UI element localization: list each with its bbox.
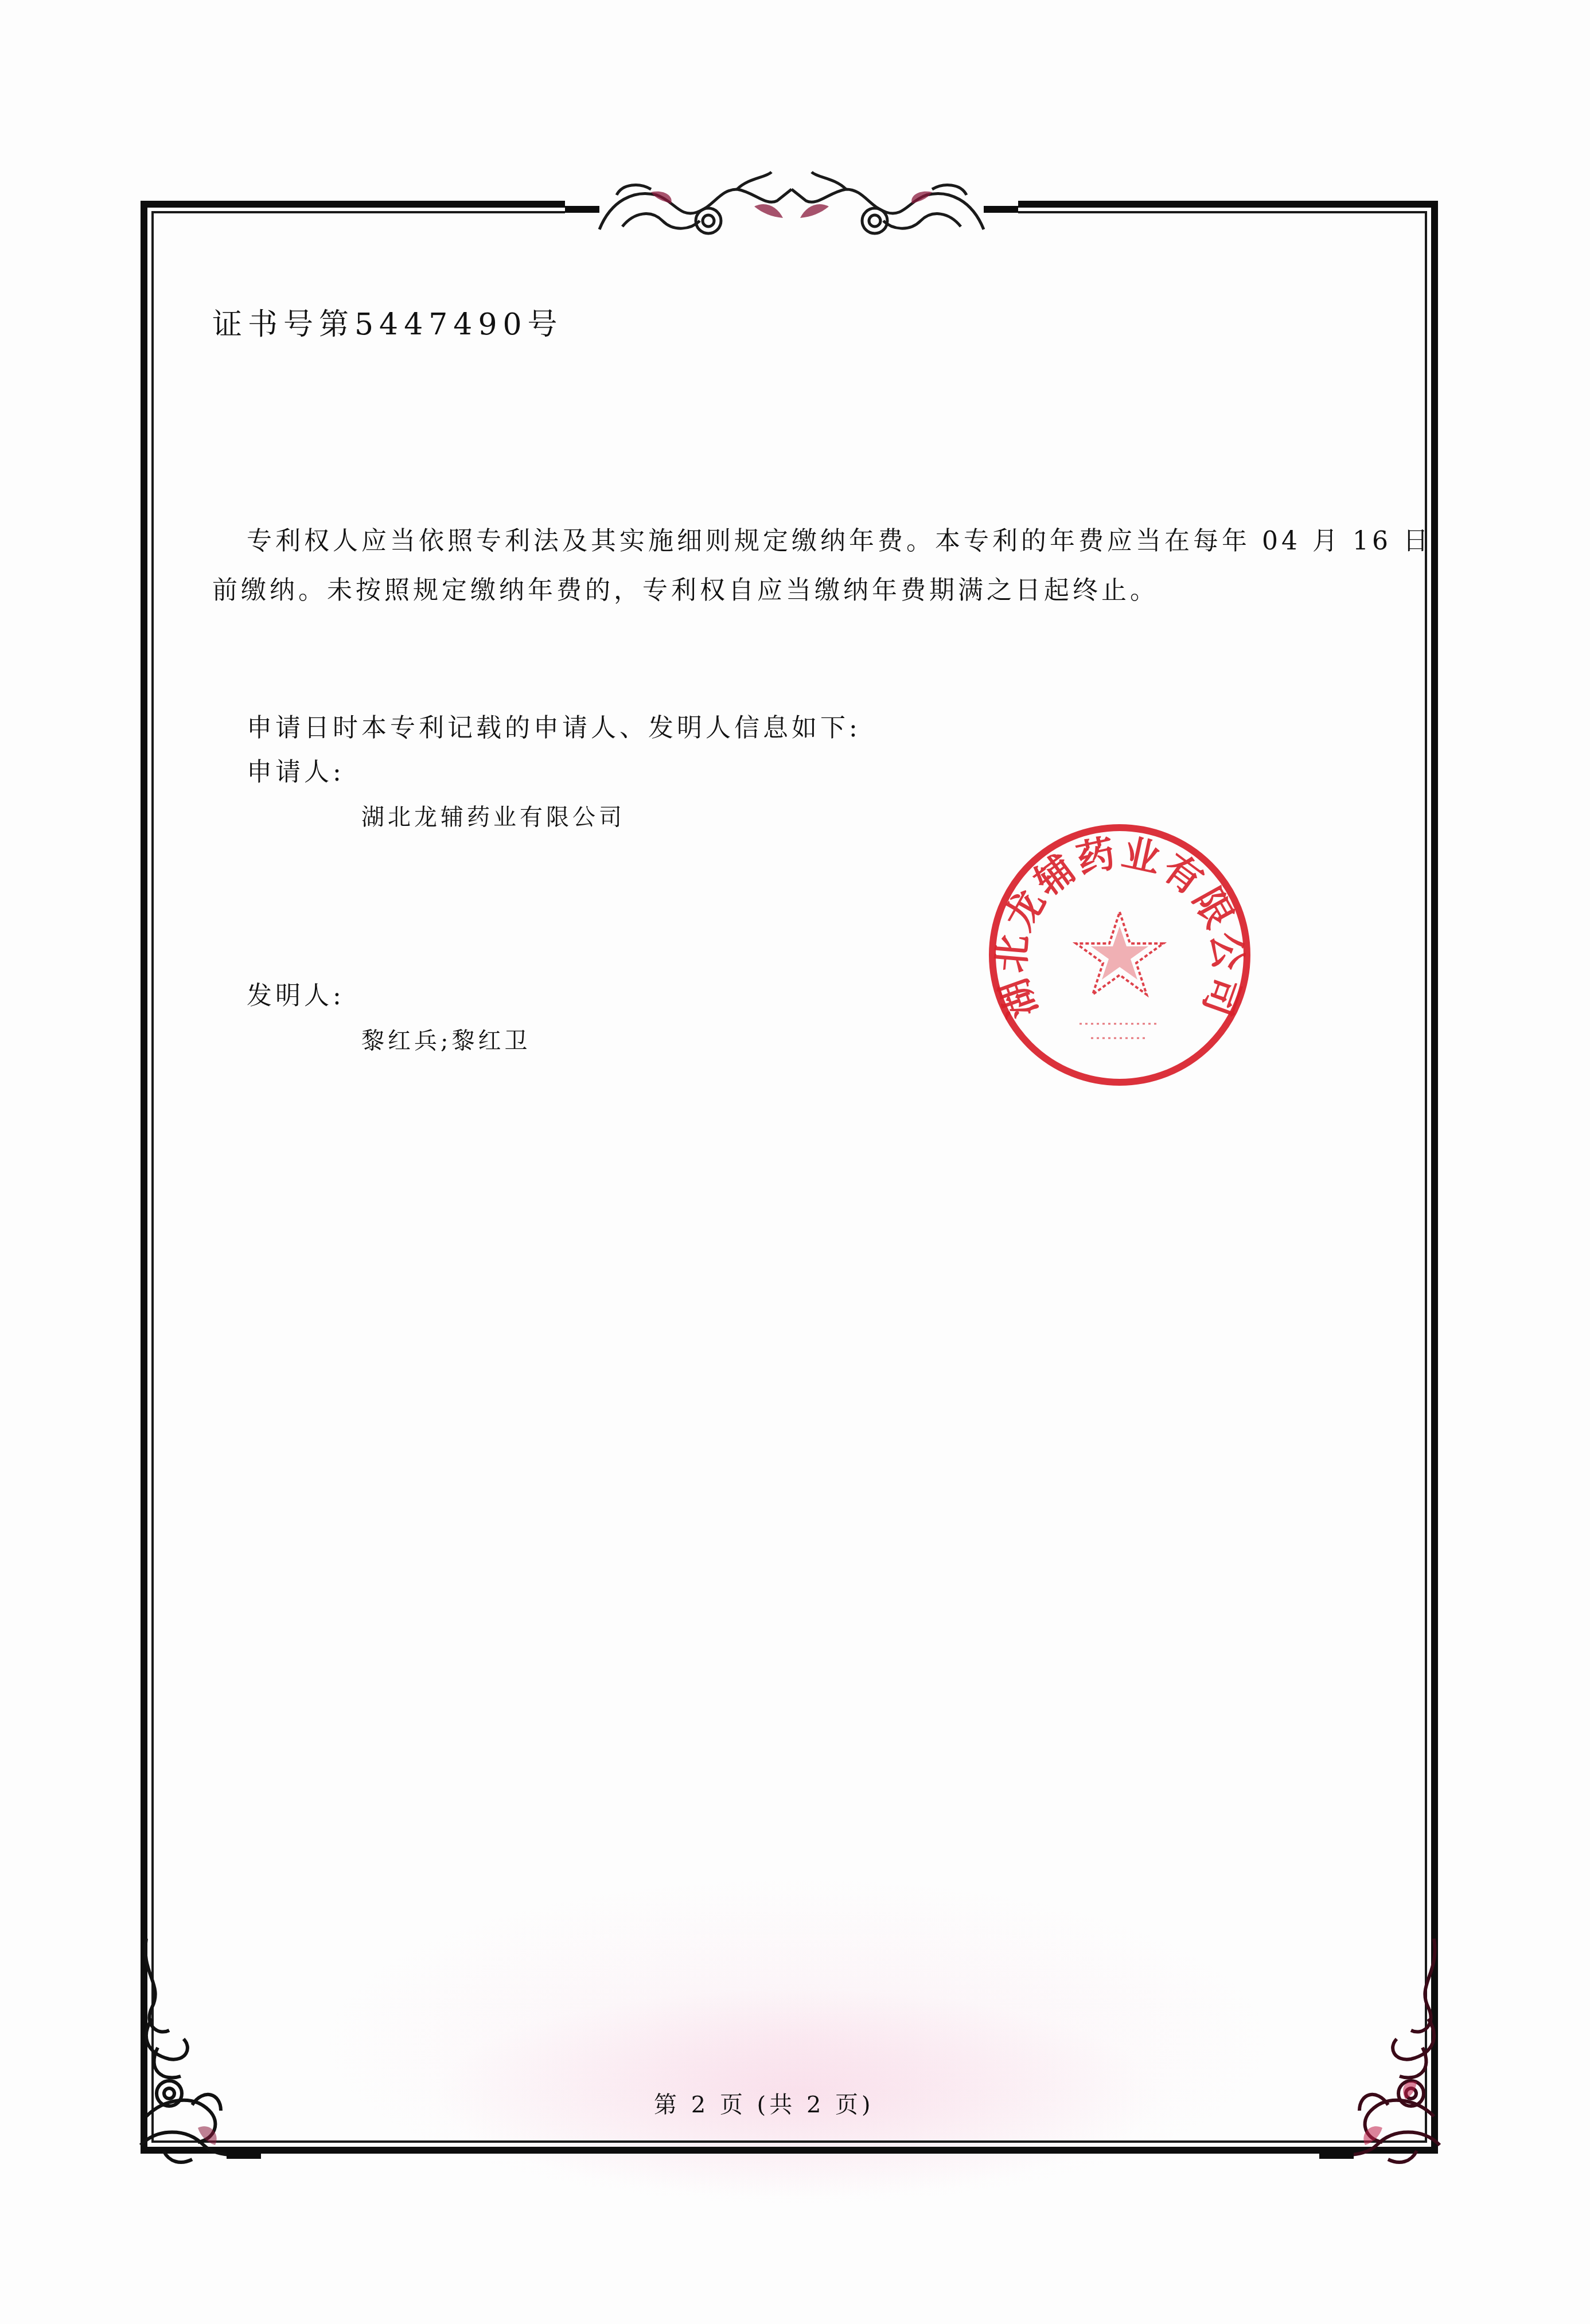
company-seal-stamp: 湖北龙辅药业有限公司 [982, 817, 1257, 1093]
applicant-label: 申请人: [247, 760, 345, 785]
certificate-number: 证书号第5447490号 [212, 310, 563, 340]
inventor-label: 发明人: [247, 984, 345, 1009]
page-border-inner [151, 211, 1427, 2143]
applicant-info-intro: 申请日时本专利记载的申请人、发明人信息如下: [247, 716, 861, 741]
bottom-left-corner-ornament-icon [129, 1939, 261, 2168]
certificate-page: 证书号第5447490号 专利权人应当依照专利法及其实施细则规定缴纳年费。本专利… [0, 0, 1590, 2324]
fee-notice-line-1: 专利权人应当依照专利法及其实施细则规定缴纳年费。本专利的年费应当在每年 04 月… [247, 529, 1432, 554]
top-dragon-ornament-icon [565, 166, 1018, 252]
applicant-name: 湖北龙辅药业有限公司 [361, 806, 625, 829]
fee-notice-line-2: 前缴纳。未按照规定缴纳年费的，专利权自应当缴纳年费期满之日起终止。 [212, 578, 1159, 603]
bottom-right-corner-ornament-icon [1319, 1939, 1451, 2168]
page-number-footer: 第 2 页 (共 2 页) [654, 2093, 874, 2116]
inventor-names: 黎红兵;黎红卫 [361, 1030, 531, 1052]
seal-star-icon [1076, 912, 1163, 995]
